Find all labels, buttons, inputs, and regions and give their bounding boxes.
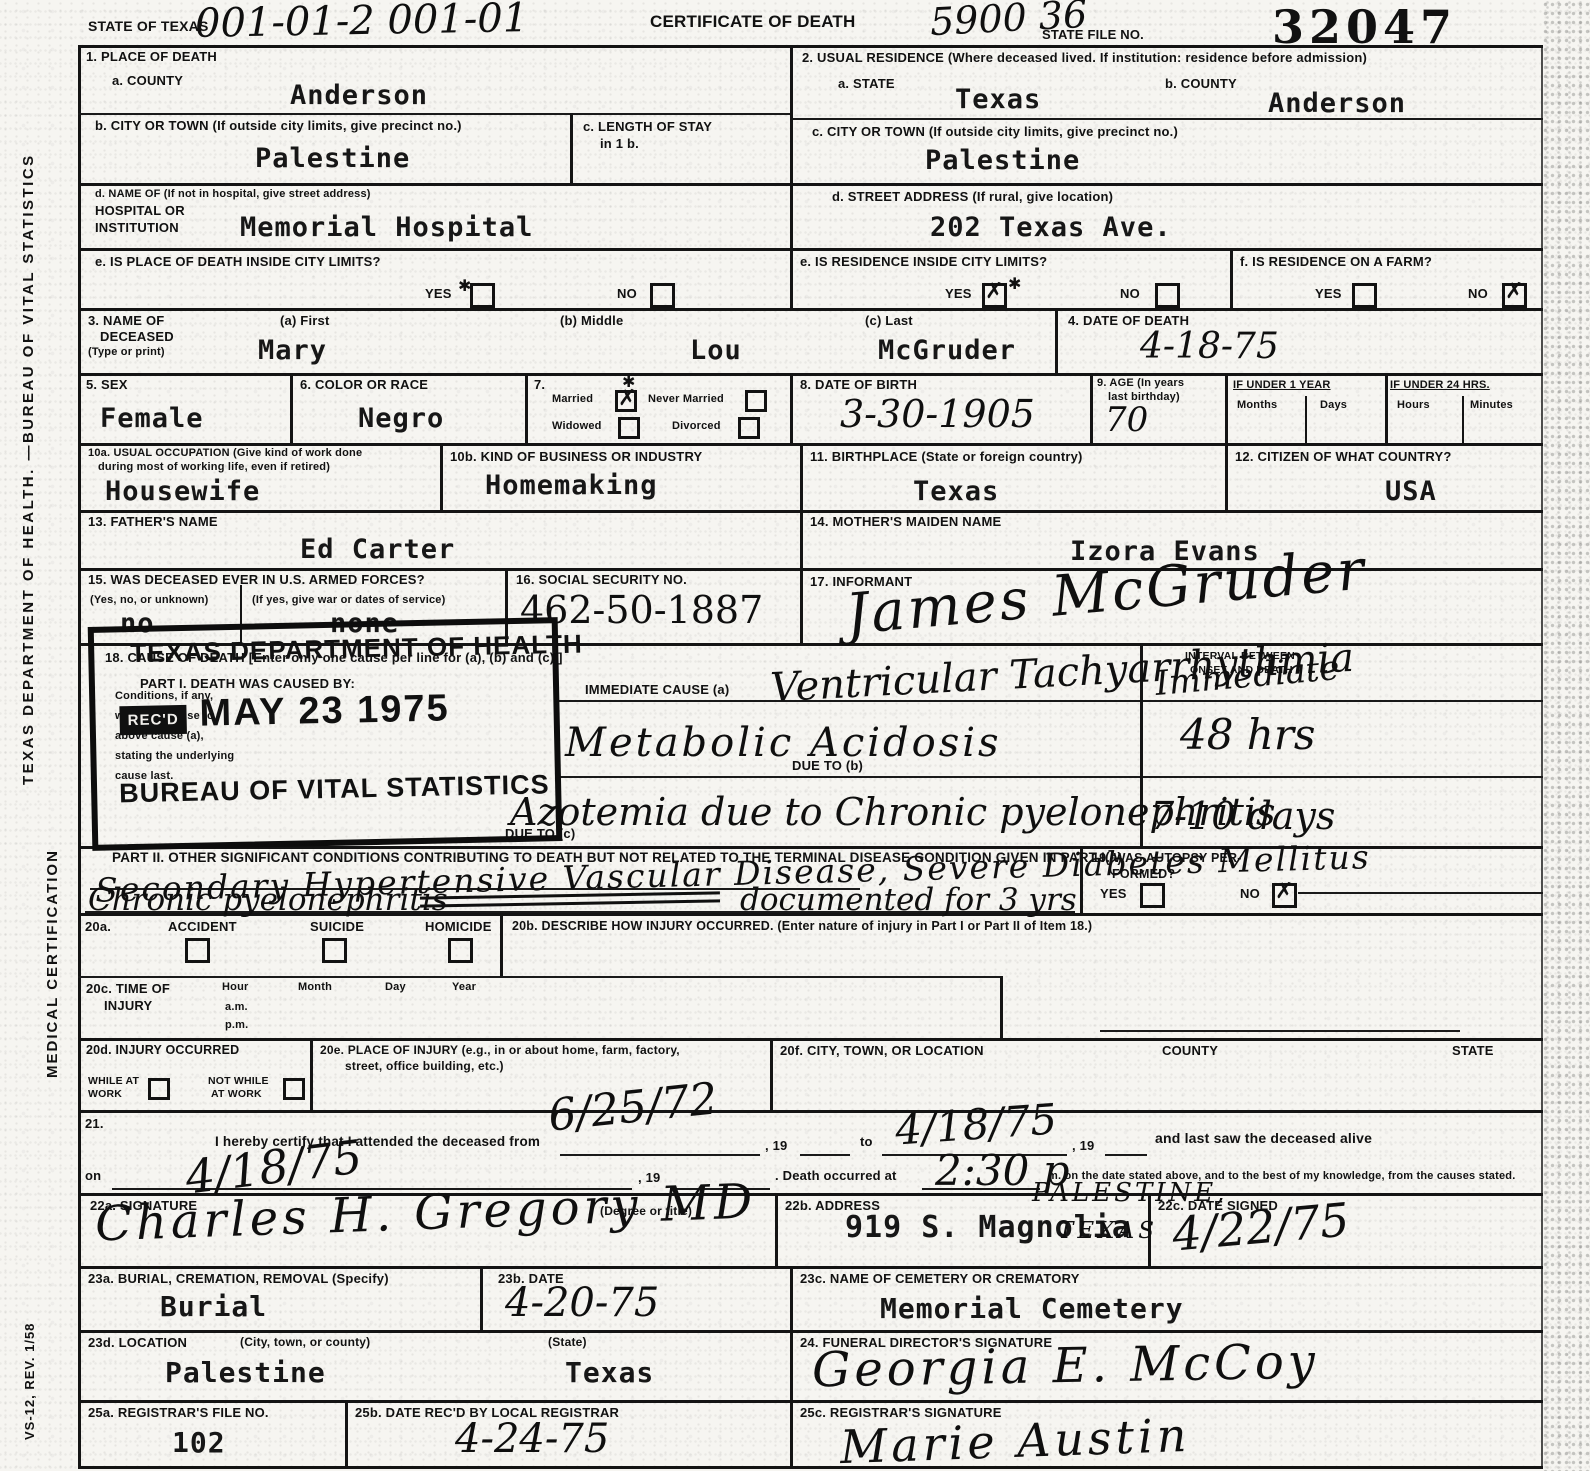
date-received-value: 4-24-75 [455, 1416, 609, 1462]
sex-value: Female [100, 403, 204, 434]
divider [78, 1110, 1543, 1113]
residence-county-value: Anderson [1268, 88, 1406, 119]
registrar-signature: Marie Austin [839, 1408, 1191, 1471]
death-inside-city-limits-label: e. IS PLACE OF DEATH INSIDE CITY LIMITS? [95, 254, 381, 269]
divider [800, 510, 803, 568]
death-inside-city-yes-checkbox [470, 283, 495, 308]
stamp-date: MAY 23 1975 [199, 687, 450, 735]
residence-city-label: c. CITY OR TOWN (If outside city limits,… [812, 124, 1178, 139]
business-industry-label: 10b. KIND OF BUSINESS OR INDUSTRY [450, 449, 702, 464]
injury-occurred-label: 20d. INJURY OCCURRED [86, 1043, 239, 1057]
never-married-label: Never Married [648, 393, 724, 405]
divider [78, 183, 1543, 186]
death-inside-city-no-checkbox [650, 283, 675, 308]
pen-asterisk-mark: ✱ [622, 372, 635, 391]
injury-state-label: STATE [1452, 1043, 1494, 1058]
margin-form-revision-text: VS-12, REV. 1/58 [22, 1323, 37, 1440]
time-of-injury-label2: INJURY [104, 998, 152, 1013]
divider [1462, 396, 1464, 443]
place-of-injury-label: 20e. PLACE OF INJURY (e.g., in or about … [320, 1043, 680, 1057]
pen-asterisk-mark: ✱ [1008, 274, 1021, 293]
month-label: Month [298, 981, 332, 993]
residence-city-value: Palestine [925, 145, 1080, 176]
hospital-name-label3: INSTITUTION [95, 220, 179, 235]
stamp-line1: TEXAS DEPARTMENT OF HEALTH [130, 629, 583, 669]
middle-name-value: Lou [690, 335, 742, 366]
residence-inside-city-no-label: NO [1120, 286, 1140, 301]
divider [1055, 308, 1058, 373]
fathers-name-value: Ed Carter [300, 534, 455, 565]
fathers-name-label: 13. FATHER'S NAME [88, 514, 218, 529]
divider [290, 373, 293, 443]
length-of-stay-label2: in 1 b. [600, 136, 639, 151]
not-while-at-work-label1: NOT WHILE [208, 1075, 269, 1087]
part2-handwriting-line2a: Chronic pyelonephritis [88, 882, 448, 918]
residence-farm-yes-checkbox [1352, 283, 1377, 308]
address-state-handwriting: TEXAS [1058, 1218, 1158, 1244]
hospital-name-value: Memorial Hospital [240, 212, 533, 243]
birthplace-label: 11. BIRTHPLACE (State or foreign country… [810, 449, 1083, 464]
not-while-at-work-checkbox [283, 1078, 305, 1100]
divider [1225, 373, 1228, 443]
while-at-work-label1: WHILE AT [88, 1075, 139, 1087]
date-of-birth-label: 8. DATE OF BIRTH [800, 377, 917, 392]
while-at-work-label2: WORK [88, 1088, 122, 1100]
certify-19a: , 19 [765, 1138, 787, 1153]
widowed-label: Widowed [552, 420, 602, 432]
attended-from-date-handwriting: 6/25/72 [546, 1073, 720, 1141]
name-of-deceased-label2: DECEASED [100, 329, 174, 344]
divider [78, 976, 1000, 978]
divorced-label: Divorced [672, 420, 721, 432]
minutes-label: Minutes [1470, 399, 1513, 411]
margin-medical-certification-text: MEDICAL CERTIFICATION [44, 849, 61, 1078]
name-of-deceased-label3: (Type or print) [88, 346, 165, 358]
year-label: Year [452, 981, 476, 993]
handwritten-local-file-code: 001-01-2 001-01 [195, 0, 529, 47]
autopsy-yes-checkbox [1140, 883, 1165, 908]
residence-farm-no-label: NO [1468, 286, 1488, 301]
place-of-injury-label2: street, office building, etc.) [345, 1059, 504, 1073]
armed-forces-sub1: (Yes, no, or unknown) [90, 594, 208, 606]
injury-city-label: 20f. CITY, TOWN, OR LOCATION [780, 1043, 984, 1058]
divider [1000, 976, 1003, 1038]
divider [78, 1266, 1543, 1269]
injury-description-rule [1100, 1030, 1460, 1032]
divider [790, 1400, 793, 1466]
while-at-work-checkbox [148, 1078, 170, 1100]
divider [1090, 373, 1093, 443]
widowed-checkbox [618, 417, 640, 439]
autopsy-no-label: NO [1240, 886, 1260, 901]
birthplace-value: Texas [913, 476, 999, 507]
accident-checkbox [185, 938, 210, 963]
suicide-label: SUICIDE [310, 919, 364, 934]
item-20a-number: 20a. [85, 919, 111, 934]
divider [1385, 373, 1388, 443]
divider [1230, 248, 1233, 308]
divider [1225, 443, 1228, 510]
divorced-checkbox [738, 417, 760, 439]
divider [78, 248, 1543, 251]
divider [345, 1400, 348, 1466]
residence-inside-city-yes-label: YES [945, 286, 972, 301]
divider [790, 373, 793, 443]
cemetery-name-label: 23c. NAME OF CEMETERY OR CREMATORY [800, 1271, 1080, 1286]
divider [500, 913, 503, 976]
married-label: Married [552, 393, 593, 405]
form-border-bottom [78, 1466, 1543, 1469]
certify-on: on [85, 1168, 101, 1183]
certify-to: to [860, 1134, 873, 1149]
divider [78, 308, 1543, 311]
city-of-death-label: b. CITY OR TOWN (If outside city limits,… [95, 118, 462, 133]
time-of-injury-label1: 20c. TIME OF [86, 981, 170, 996]
form-border-right [1541, 45, 1543, 1468]
divider [78, 113, 790, 115]
stamp-line3: BUREAU OF VITAL STATISTICS [119, 769, 550, 809]
divider [790, 45, 793, 308]
divider [775, 1193, 778, 1266]
if-under-1-year-label: IF UNDER 1 YEAR [1233, 379, 1331, 391]
residence-inside-city-label: e. IS RESIDENCE INSIDE CITY LIMITS? [800, 254, 1047, 269]
divider [1305, 396, 1307, 443]
divider [78, 510, 1543, 513]
form-border-left [78, 45, 81, 1468]
not-while-at-work-label2: AT WORK [211, 1088, 262, 1100]
check-mark: ✗ [1275, 879, 1293, 904]
certificate-title: CERTIFICATE OF DEATH [650, 12, 855, 32]
certify-text-3: . Death occurred at [775, 1168, 897, 1183]
city-of-death-value: Palestine [255, 143, 410, 174]
vital-statistics-received-stamp: TEXAS DEPARTMENT OF HEALTH REC'D MAY 23 … [88, 617, 563, 851]
date-of-death-value: 4-18-75 [1140, 326, 1279, 367]
stamp-recd-chip: REC'D [119, 705, 187, 735]
registrar-file-no-value: 102 [172, 1426, 226, 1459]
last-name-label: (c) Last [865, 313, 913, 328]
check-mark: ✗ [1505, 279, 1523, 304]
color-or-race-value: Negro [358, 403, 444, 434]
accident-label: ACCIDENT [168, 919, 237, 934]
blank-line [800, 1154, 850, 1156]
residence-inside-city-yes-checkbox: ✗ [982, 283, 1007, 308]
residence-state-label: a. STATE [838, 76, 895, 91]
am-label: a.m. [225, 1001, 248, 1013]
burial-location-label: 23d. LOCATION [88, 1335, 187, 1350]
suicide-checkbox [322, 938, 347, 963]
date-of-birth-value: 3-30-1905 [840, 392, 1035, 436]
divider [310, 1038, 313, 1110]
part2-handwriting-line2b: documented for 3 yrs [740, 882, 1077, 918]
days-label: Days [1320, 399, 1347, 411]
item-21-number: 21. [85, 1116, 104, 1131]
place-of-death-title: 1. PLACE OF DEATH [86, 49, 217, 64]
hours-label: Hours [1397, 399, 1430, 411]
certify-text-2: and last saw the deceased alive [1155, 1130, 1372, 1146]
divider [800, 568, 803, 643]
day-label: Day [385, 981, 406, 993]
divider [525, 373, 528, 443]
injury-county-label: COUNTY [1162, 1043, 1218, 1058]
registrar-file-no-label: 25a. REGISTRAR'S FILE NO. [88, 1405, 269, 1420]
hour-label: Hour [222, 981, 248, 993]
age-label: 9. AGE (In years [1097, 377, 1184, 389]
autopsy-yes-label: YES [1100, 886, 1127, 901]
months-label: Months [1237, 399, 1277, 411]
blank-line [560, 1154, 760, 1156]
residence-on-farm-label: f. IS RESIDENCE ON A FARM? [1240, 254, 1432, 269]
state-of-texas-label: STATE OF TEXAS [88, 18, 209, 34]
interval-c-handwriting: 7-10 days [1150, 794, 1335, 838]
state-file-number: 32047 [1272, 0, 1457, 54]
street-address-label: d. STREET ADDRESS (If rural, give locati… [832, 189, 1113, 204]
cause-a-rule [555, 700, 1543, 702]
certify-19b: , 19 [1072, 1138, 1094, 1153]
homicide-checkbox [448, 938, 473, 963]
married-checkbox: ✗ [615, 390, 637, 412]
burial-location-city: Palestine [165, 1356, 326, 1389]
margin-department-text: TEXAS DEPARTMENT OF HEALTH. —BUREAU OF V… [20, 153, 37, 785]
hospital-name-label2: HOSPITAL OR [95, 203, 185, 218]
scan-edge-noise [1542, 0, 1590, 1471]
divider [78, 443, 1543, 446]
divider [770, 1038, 773, 1110]
cause-b-rule [555, 776, 1543, 778]
residence-state-value: Texas [955, 84, 1041, 115]
burial-cremation-label: 23a. BURIAL, CREMATION, REMOVAL (Specify… [88, 1271, 389, 1286]
hospital-name-label: d. NAME OF (If not in hospital, give str… [95, 188, 371, 200]
if-under-24-hrs-label: IF UNDER 24 HRS. [1390, 379, 1490, 391]
business-industry-value: Homemaking [485, 470, 658, 501]
age-value: 70 [1105, 400, 1148, 440]
last-name-value: McGruder [878, 335, 1016, 366]
first-name-label: (a) First [280, 313, 329, 328]
time-of-death-handwriting: 2:30 p [935, 1146, 1070, 1195]
street-address-value: 202 Texas Ave. [930, 212, 1172, 243]
burial-date-value: 4-20-75 [505, 1280, 659, 1326]
color-or-race-label: 6. COLOR OR RACE [300, 377, 428, 392]
never-married-checkbox [745, 390, 767, 412]
usual-occupation-value: Housewife [105, 476, 260, 507]
county-of-death-value: Anderson [290, 80, 428, 111]
burial-location-state-label: (State) [548, 1335, 587, 1349]
residence-farm-yes-label: YES [1315, 286, 1342, 301]
cause-b-handwriting: Metabolic Acidosis [565, 720, 1002, 766]
check-mark: ✗ [985, 279, 1003, 304]
middle-name-label: (b) Middle [560, 313, 623, 328]
name-of-deceased-label: 3. NAME OF [88, 313, 164, 328]
divider [78, 1038, 1543, 1041]
divider [440, 443, 443, 510]
autopsy-no-checkbox: ✗ [1272, 883, 1297, 908]
residence-county-label: b. COUNTY [1165, 76, 1237, 91]
first-name-value: Mary [258, 335, 327, 366]
divider [78, 1330, 1543, 1333]
armed-forces-sub2: (If yes, give war or dates of service) [252, 594, 445, 606]
residence-inside-city-no-checkbox [1155, 283, 1180, 308]
divider [790, 118, 1543, 120]
pm-label: p.m. [225, 1019, 248, 1031]
funeral-director-signature: Georgia E. McCoy [812, 1334, 1320, 1399]
divider [78, 373, 1543, 376]
death-inside-city-yes-label: YES [425, 286, 452, 301]
burial-location-sub-label: (City, town, or county) [240, 1335, 370, 1349]
burial-cremation-value: Burial [160, 1290, 267, 1323]
divider [480, 1266, 483, 1330]
blank-line [1105, 1154, 1147, 1156]
burial-location-state: Texas [565, 1356, 654, 1389]
interval-b-handwriting: 48 hrs [1180, 710, 1315, 759]
divider [790, 1330, 793, 1400]
mothers-maiden-name-label: 14. MOTHER'S MAIDEN NAME [810, 514, 1001, 529]
citizen-country-value: USA [1385, 476, 1437, 507]
county-of-death-label: a. COUNTY [112, 73, 183, 88]
length-of-stay-label: c. LENGTH OF STAY [583, 119, 712, 134]
residence-farm-no-checkbox: ✗ [1502, 283, 1527, 308]
divider [790, 1266, 793, 1330]
divider [570, 113, 573, 183]
armed-forces-label: 15. WAS DECEASED EVER IN U.S. ARMED FORC… [88, 572, 425, 587]
sex-label: 5. SEX [86, 377, 128, 392]
cemetery-name-value: Memorial Cemetery [880, 1292, 1184, 1325]
describe-injury-label: 20b. DESCRIBE HOW INJURY OCCURRED. (Ente… [512, 919, 1092, 933]
death-inside-city-no-label: NO [617, 286, 637, 301]
citizen-country-label: 12. CITIZEN OF WHAT COUNTRY? [1235, 449, 1451, 464]
divider [78, 1400, 1543, 1403]
pen-stroke [1298, 892, 1543, 894]
marital-status-label: 7. [534, 377, 545, 392]
homicide-label: HOMICIDE [425, 919, 492, 934]
death-certificate-document: STATE OF TEXAS 001-01-2 001-01 CERTIFICA… [0, 0, 1590, 1471]
immediate-cause-label: IMMEDIATE CAUSE (a) [585, 682, 729, 697]
usual-occupation-label2: during most of working life, even if ret… [98, 461, 330, 473]
pen-asterisk-mark: ✱ [458, 276, 471, 295]
usual-occupation-label: 10a. USUAL OCCUPATION (Give kind of work… [88, 447, 362, 459]
divider [800, 443, 803, 510]
ssn-label: 16. SOCIAL SECURITY NO. [516, 572, 687, 587]
